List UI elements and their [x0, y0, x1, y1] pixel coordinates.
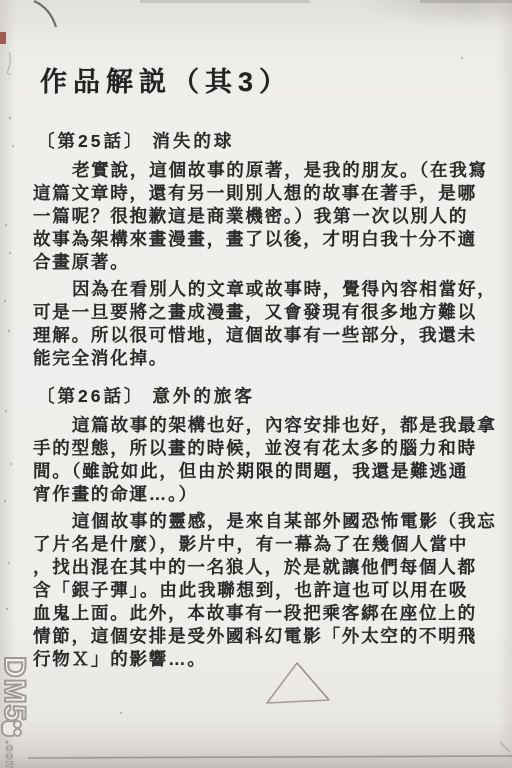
- dm5-watermark: DM5 .com: [0, 656, 31, 768]
- text-line: 故事為架構來畫漫畫，畫了以後，才明白我十分不適: [33, 228, 485, 251]
- text-line: 情節，這個安排是受外國科幻電影「外太空的不明飛: [33, 625, 485, 648]
- text-line: 理解。所以很可惜地，這個故事有一些部分，我還未: [33, 324, 485, 347]
- section-chapter-25: 〔第25話〕 消失的球 老實說，這個故事的原著，是我的朋友。（在我寫 這篇文章時…: [33, 128, 485, 370]
- text-line: 行物Ｘ」的影響…。: [33, 648, 485, 671]
- dm5-watermark-text: DM5: [0, 656, 31, 722]
- text-line: 合畫原著。: [33, 251, 485, 274]
- chapter-26-heading: 〔第26話〕 意外的旅客: [37, 383, 485, 408]
- paragraph: 這篇故事的架構也好，內容安排也好，都是我最拿 手的型態，所以畫的時候，並沒有花太…: [33, 414, 485, 506]
- text-line: ，找出混在其中的一名狼人，於是就讓他們每個人都: [33, 556, 485, 579]
- text-line: 含「銀子彈」。由此我聯想到，也許這也可以用在吸: [33, 579, 485, 602]
- red-edge-mark: [0, 32, 6, 44]
- text-line: 一篇呢？很抱歉這是商業機密。）我第一次以別人的: [33, 205, 485, 228]
- text-line: 宵作畫的命運…。）: [33, 483, 485, 506]
- text-line: 間。（雖說如此，但由於期限的問題，我還是難逃通: [33, 460, 485, 483]
- text-line: 可是一旦要將之畫成漫畫，又會發現有很多地方難以: [33, 301, 485, 324]
- text-line: 因為在看別人的文章或故事時，覺得內容相當好，: [33, 278, 485, 301]
- page-title: 作品解説（其3）: [40, 60, 292, 99]
- text-line: 了片名是什麼），影片中，有一幕為了在幾個人當中: [33, 533, 485, 556]
- scanned-book-page: 作品解説（其3） 〔第25話〕 消失的球 老實說，這個故事的原著，是我的朋友。（…: [0, 0, 512, 768]
- commentary-text: 〔第25話〕 消失的球 老實說，這個故事的原著，是我的朋友。（在我寫 這篇文章時…: [33, 128, 485, 671]
- text-line: 能完全消化掉。: [33, 347, 485, 370]
- text-line: 手的型態，所以畫的時候，並沒有花太多的腦力和時: [33, 437, 485, 460]
- section-chapter-26: 〔第26話〕 意外的旅客 這篇故事的架構也好，內容安排也好，都是我最拿 手的型態…: [33, 383, 485, 671]
- paragraph: 這個故事的靈感，是來自某部外國恐怖電影（我忘 了片名是什麼），影片中，有一幕為了…: [33, 510, 485, 671]
- text-line: 這個故事的靈感，是來自某部外國恐怖電影（我忘: [33, 510, 485, 533]
- text-line: 血鬼上面。此外，本故事有一段把乘客綁在座位上的: [33, 602, 485, 625]
- text-line: 這篇文章時，還有另一則別人想的故事在著手，是哪: [33, 182, 485, 205]
- text-line: 這篇故事的架構也好，內容安排也好，都是我最拿: [33, 414, 485, 437]
- bear-icon: [2, 720, 21, 737]
- dm5-watermark-suffix: .com: [3, 740, 17, 768]
- paragraph: 因為在看別人的文章或故事時，覺得內容相當好， 可是一旦要將之畫成漫畫，又會發現有…: [33, 278, 485, 370]
- chapter-25-heading: 〔第25話〕 消失的球: [37, 128, 485, 153]
- bottom-scan-line: [28, 756, 512, 758]
- page-corner-arc: [34, 1, 56, 27]
- text-line: 老實說，這個故事的原著，是我的朋友。（在我寫: [33, 159, 485, 182]
- paragraph: 老實說，這個故事的原著，是我的朋友。（在我寫 這篇文章時，還有另一則別人想的故事…: [33, 159, 485, 274]
